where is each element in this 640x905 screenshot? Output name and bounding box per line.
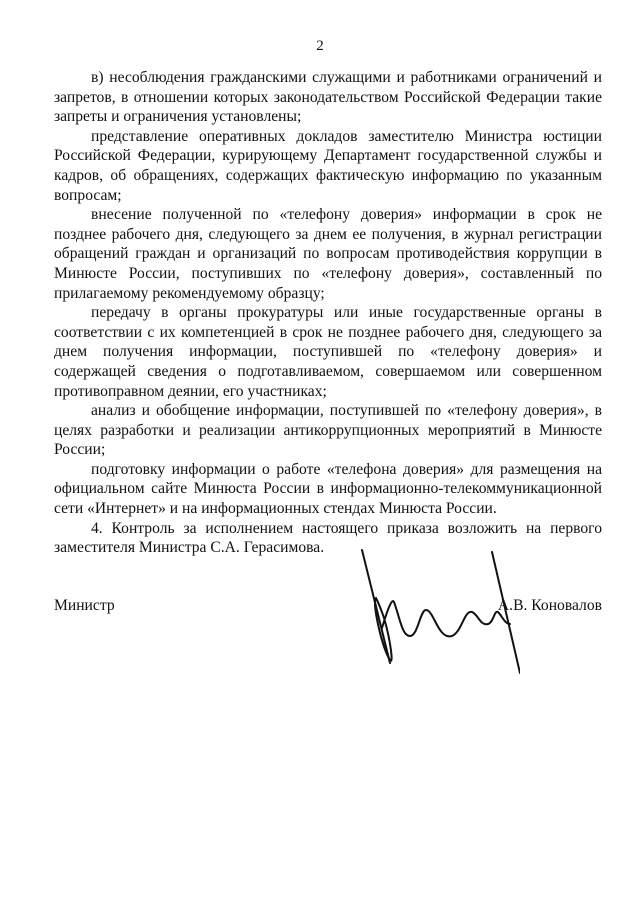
handwritten-signature-icon — [360, 548, 520, 698]
page-number: 2 — [0, 38, 640, 55]
paragraph-publication: подготовку информации о работе «телефона… — [54, 460, 602, 519]
paragraph-reports: представление оперативных докладов замес… — [54, 127, 602, 205]
paragraph-journal: внесение полученной по «телефону доверия… — [54, 205, 602, 303]
paragraph-analysis: анализ и обобщение информации, поступивш… — [54, 401, 602, 460]
paragraph-item-v: в) несоблюдения гражданскими служащими и… — [54, 68, 602, 127]
paragraph-transfer: передачу в органы прокуратуры или иные г… — [54, 303, 602, 401]
signer-position: Министр — [54, 597, 115, 615]
document-body: в) несоблюдения гражданскими служащими и… — [54, 68, 602, 558]
